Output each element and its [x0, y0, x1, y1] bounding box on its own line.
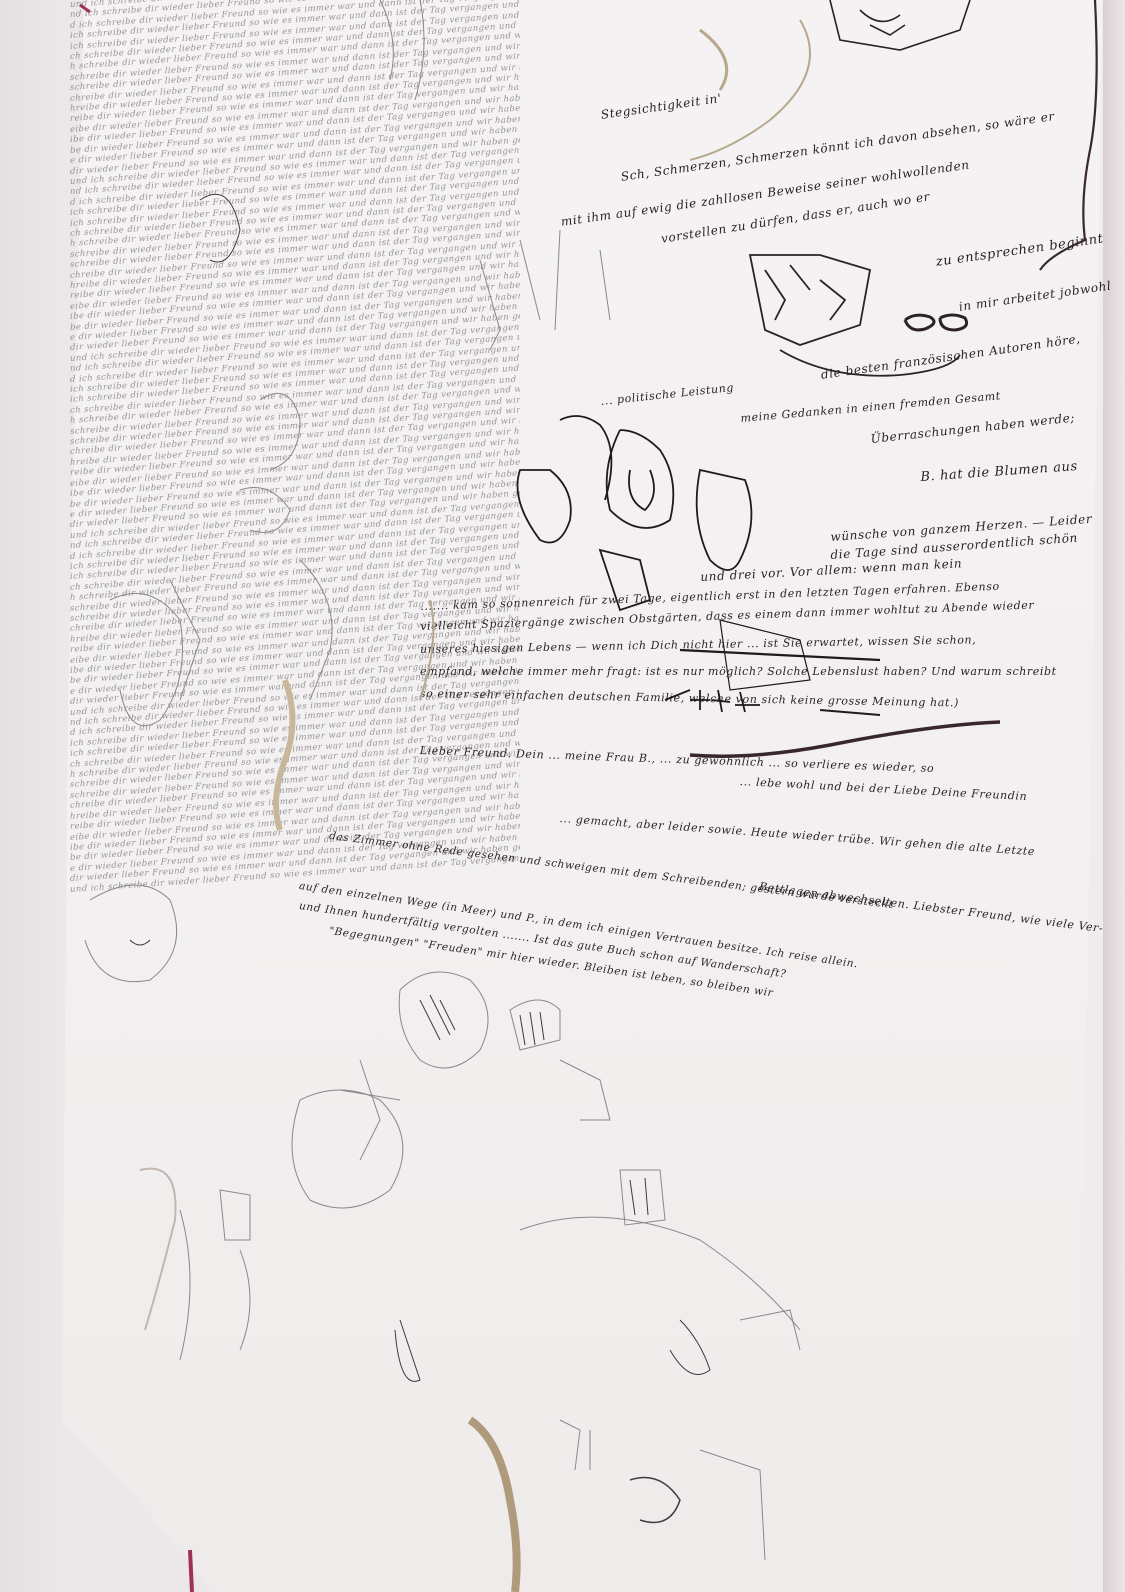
handwriting-line: empfand, welche immer mehr fragt: ist es… [420, 665, 1057, 678]
wall-edge-right [1103, 0, 1125, 1592]
dense-handwriting-block: und ich schreibe dir wieder lieber Freun… [70, 0, 520, 900]
